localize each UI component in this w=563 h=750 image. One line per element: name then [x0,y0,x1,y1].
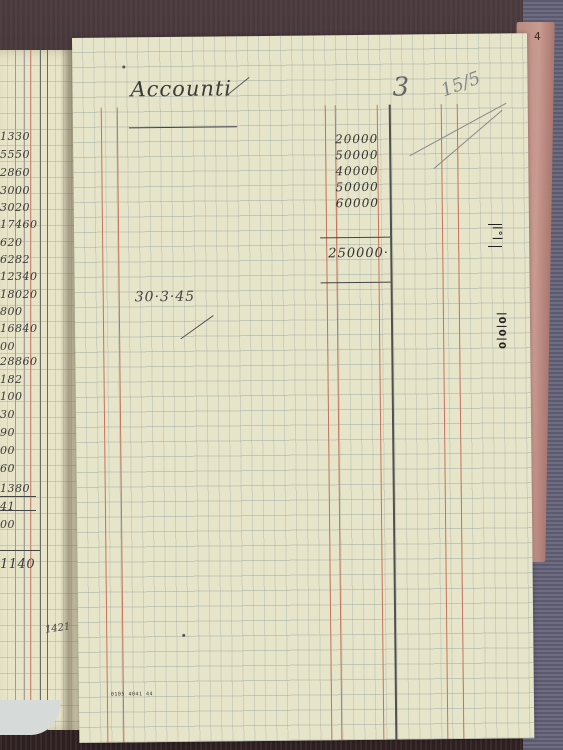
left-entry: 182 [0,373,23,386]
red-rule [101,108,109,743]
left-entry: 3000 [0,184,30,197]
column-rule [389,105,398,740]
ink-dot [122,65,125,68]
left-entry: 1330 [0,130,30,143]
left-entry: 90 [0,426,15,439]
left-entry: 17460 [0,218,38,231]
left-entry: 18020 [0,288,38,301]
left-entry: 30 [0,408,15,421]
date-flourish [180,315,213,339]
tab-rule [488,224,502,225]
left-entry: 41 [0,500,15,513]
date-note: 30·3·45 [135,289,196,306]
left-sum-rule [0,550,40,551]
amount-entry: 60000 [336,195,379,211]
left-entry: 800 [0,305,23,318]
page-title: Accounti [130,76,232,101]
left-entry: 12340 [0,270,38,283]
left-red-rule [30,50,31,730]
left-entry: 100 [0,390,23,403]
left-entry: 00 [0,518,15,531]
left-entry: 28860 [0,355,38,368]
left-column-rule [40,50,41,730]
left-subtotal: 1140 [0,557,35,572]
total-amount: 250000· [328,246,389,262]
left-entry: 16840 [0,322,38,335]
tab-rule [488,246,502,247]
total-box: 250000· [320,237,390,284]
left-entry: 2860 [0,166,30,179]
left-entry: 00 [0,340,15,353]
left-entry: 620 [0,236,23,249]
amount-entry: 50000 [335,147,378,163]
left-entry: 1380 [0,482,30,495]
left-entry: 5550 [0,148,30,161]
page-number: 3 [392,72,409,102]
amount-entry: 50000 [335,179,378,195]
red-rule [325,105,333,740]
printer-mark: 0105 4041 44 [111,691,153,697]
left-entry: 3020 [0,201,30,214]
left-entry: 6282 [0,253,30,266]
side-tab-upper: |°| [492,226,503,241]
pencil-annotation: 15/5 [438,67,483,101]
left-entry: 60 [0,462,15,475]
left-sum-rule [0,496,36,497]
pencil-stroke [434,110,503,169]
left-entry: 00 [0,444,15,457]
amount-column: 20000 50000 40000 50000 60000 [335,131,379,211]
folder-corner-number: 4 [534,30,541,43]
amount-entry: 40000 [335,163,378,179]
red-rule [117,108,125,743]
title-underline [129,126,237,128]
amount-entry: 20000 [335,131,378,147]
red-rule [457,104,465,739]
left-sum-rule [0,510,36,511]
ledger-page: Accounti 3 15/5 20000 50000 40000 50000 … [72,33,534,743]
red-rule [441,104,449,739]
side-tab-lower: |0|0|0 [496,312,507,350]
ink-dot [182,634,185,637]
